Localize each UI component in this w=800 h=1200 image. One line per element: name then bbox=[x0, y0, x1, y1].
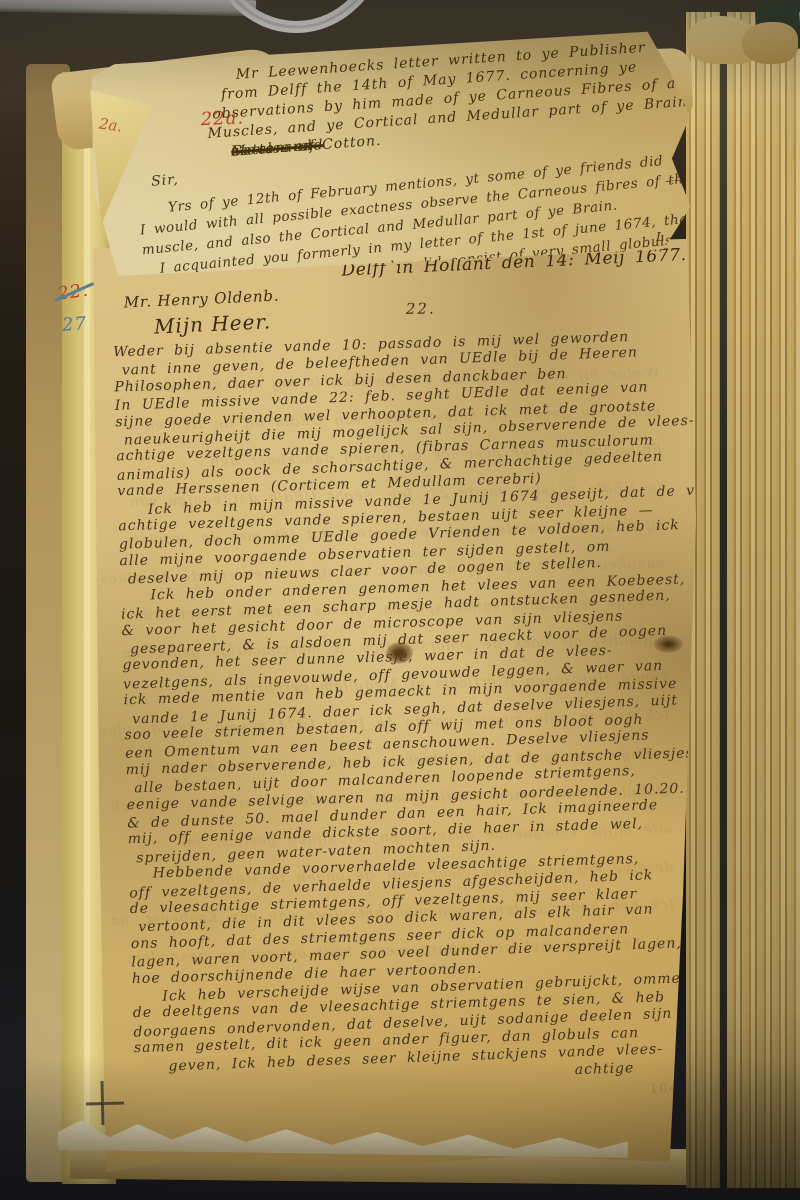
manuscript-photo: Weder bij absentie vande 10: passado is … bbox=[0, 0, 800, 1200]
letter-number: 22. bbox=[406, 300, 436, 318]
pencil-page-number: 104 bbox=[650, 1081, 679, 1095]
cable bbox=[228, 0, 368, 36]
salutation: Mijn Heer. bbox=[153, 309, 271, 338]
letter-body-line: achtige bbox=[575, 1059, 695, 1080]
table-edge bbox=[0, 0, 256, 16]
cross-mark bbox=[84, 1078, 128, 1128]
edge-mark-L: L bbox=[656, 230, 664, 244]
curled-page-top bbox=[742, 22, 798, 64]
fore-edge-groove bbox=[720, 12, 727, 1188]
guard-page-fold-highlight bbox=[84, 80, 90, 1170]
annotation-page: 22a. Mr Leewenhoecks letter written to y… bbox=[85, 22, 700, 290]
book-fore-edge bbox=[686, 12, 800, 1188]
corner-number-red: 2a. bbox=[98, 114, 124, 135]
letter-body: Weder bij absentie vande 10: passado is … bbox=[113, 328, 695, 1093]
addressee: Mr. Henry Oldenb. bbox=[123, 287, 279, 312]
margin-number-blue: 27 bbox=[61, 313, 87, 336]
letter-page: Weder bij absentie vande 10: passado is … bbox=[93, 239, 703, 1177]
